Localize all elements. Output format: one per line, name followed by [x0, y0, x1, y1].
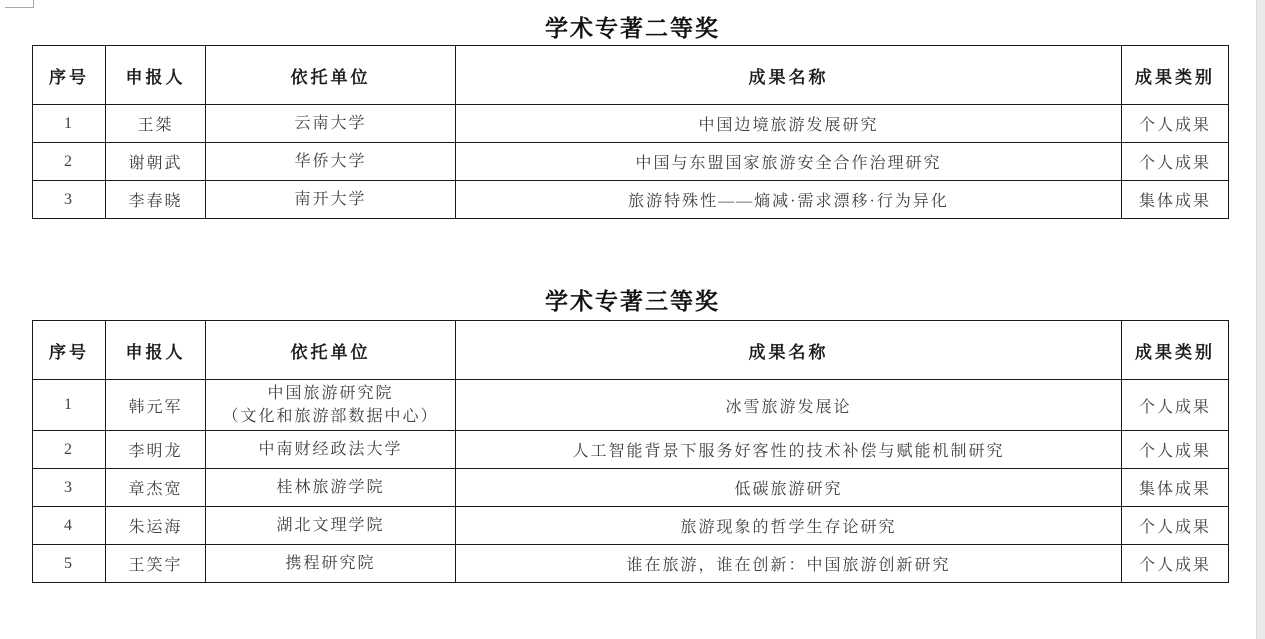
- column-header: 成果名称: [456, 321, 1122, 380]
- cell-serial-number: 1: [33, 380, 106, 431]
- cell-achievement-category: 个人成果: [1122, 105, 1229, 143]
- column-header: 申报人: [106, 46, 206, 105]
- table-row: 3章杰宽桂林旅游学院低碳旅游研究集体成果: [33, 469, 1229, 507]
- column-header: 申报人: [106, 321, 206, 380]
- cell-applicant: 王笑宇: [106, 545, 206, 583]
- column-header: 依托单位: [206, 321, 456, 380]
- section-title-third-prize: 学术专著三等奖: [0, 265, 1265, 320]
- section-gap: [0, 219, 1265, 265]
- institution-line: 华侨大学: [210, 150, 451, 173]
- cell-applicant: 朱运海: [106, 507, 206, 545]
- cell-achievement-name: 中国边境旅游发展研究: [456, 105, 1122, 143]
- cell-achievement-category: 个人成果: [1122, 507, 1229, 545]
- column-header: 成果名称: [456, 46, 1122, 105]
- award-table-second-prize: 序号申报人依托单位成果名称成果类别 1王桀云南大学中国边境旅游发展研究个人成果2…: [32, 45, 1229, 219]
- cell-serial-number: 1: [33, 105, 106, 143]
- cell-achievement-category: 集体成果: [1122, 469, 1229, 507]
- cell-applicant: 韩元军: [106, 380, 206, 431]
- cell-institution: 中国旅游研究院（文化和旅游部数据中心）: [206, 380, 456, 431]
- cell-achievement-name: 冰雪旅游发展论: [456, 380, 1122, 431]
- institution-line: （文化和旅游部数据中心）: [210, 405, 451, 428]
- table-row: 2李明龙中南财经政法大学人工智能背景下服务好客性的技术补偿与赋能机制研究个人成果: [33, 431, 1229, 469]
- cell-serial-number: 2: [33, 143, 106, 181]
- header-row: 序号申报人依托单位成果名称成果类别: [33, 46, 1229, 105]
- table-row: 2谢朝武华侨大学中国与东盟国家旅游安全合作治理研究个人成果: [33, 143, 1229, 181]
- cell-achievement-category: 个人成果: [1122, 143, 1229, 181]
- cell-applicant: 李明龙: [106, 431, 206, 469]
- award-table-third-prize: 序号申报人依托单位成果名称成果类别 1韩元军中国旅游研究院（文化和旅游部数据中心…: [32, 320, 1229, 583]
- cell-institution: 云南大学: [206, 105, 456, 143]
- table-row: 5王笑宇携程研究院谁在旅游，谁在创新：中国旅游创新研究个人成果: [33, 545, 1229, 583]
- cell-achievement-name: 人工智能背景下服务好客性的技术补偿与赋能机制研究: [456, 431, 1122, 469]
- column-header: 序号: [33, 321, 106, 380]
- section-title-second-prize: 学术专著二等奖: [0, 0, 1265, 45]
- cell-institution: 湖北文理学院: [206, 507, 456, 545]
- cell-institution: 携程研究院: [206, 545, 456, 583]
- cell-applicant: 王桀: [106, 105, 206, 143]
- cell-achievement-category: 集体成果: [1122, 181, 1229, 219]
- institution-line: 携程研究院: [210, 552, 451, 575]
- table-row: 1王桀云南大学中国边境旅游发展研究个人成果: [33, 105, 1229, 143]
- cell-serial-number: 5: [33, 545, 106, 583]
- cell-serial-number: 2: [33, 431, 106, 469]
- header-row: 序号申报人依托单位成果名称成果类别: [33, 321, 1229, 380]
- cell-achievement-category: 个人成果: [1122, 431, 1229, 469]
- document-page: 学术专著二等奖 序号申报人依托单位成果名称成果类别 1王桀云南大学中国边境旅游发…: [0, 0, 1265, 639]
- cell-achievement-category: 个人成果: [1122, 545, 1229, 583]
- table-row: 4朱运海湖北文理学院旅游现象的哲学生存论研究个人成果: [33, 507, 1229, 545]
- institution-line: 湖北文理学院: [210, 514, 451, 537]
- cell-serial-number: 4: [33, 507, 106, 545]
- cell-institution: 华侨大学: [206, 143, 456, 181]
- cell-institution: 中南财经政法大学: [206, 431, 456, 469]
- cropped-table-fragment: [5, 0, 34, 8]
- column-header: 依托单位: [206, 46, 456, 105]
- cell-achievement-name: 低碳旅游研究: [456, 469, 1122, 507]
- cell-achievement-name: 旅游现象的哲学生存论研究: [456, 507, 1122, 545]
- cell-institution: 桂林旅游学院: [206, 469, 456, 507]
- column-header: 序号: [33, 46, 106, 105]
- column-header: 成果类别: [1122, 46, 1229, 105]
- column-header: 成果类别: [1122, 321, 1229, 380]
- cell-achievement-category: 个人成果: [1122, 380, 1229, 431]
- institution-line: 中南财经政法大学: [210, 438, 451, 461]
- cell-achievement-name: 中国与东盟国家旅游安全合作治理研究: [456, 143, 1122, 181]
- table-row: 3李春晓南开大学旅游特殊性——熵减·需求漂移·行为异化集体成果: [33, 181, 1229, 219]
- table-row: 1韩元军中国旅游研究院（文化和旅游部数据中心）冰雪旅游发展论个人成果: [33, 380, 1229, 431]
- institution-line: 中国旅游研究院: [210, 382, 451, 405]
- cell-achievement-name: 谁在旅游，谁在创新：中国旅游创新研究: [456, 545, 1122, 583]
- cell-achievement-name: 旅游特殊性——熵减·需求漂移·行为异化: [456, 181, 1122, 219]
- cell-serial-number: 3: [33, 181, 106, 219]
- cell-applicant: 李春晓: [106, 181, 206, 219]
- cell-serial-number: 3: [33, 469, 106, 507]
- institution-line: 云南大学: [210, 112, 451, 135]
- cell-applicant: 章杰宽: [106, 469, 206, 507]
- institution-line: 桂林旅游学院: [210, 476, 451, 499]
- page-edge-strip: [1256, 0, 1265, 639]
- cell-applicant: 谢朝武: [106, 143, 206, 181]
- institution-line: 南开大学: [210, 188, 451, 211]
- cell-institution: 南开大学: [206, 181, 456, 219]
